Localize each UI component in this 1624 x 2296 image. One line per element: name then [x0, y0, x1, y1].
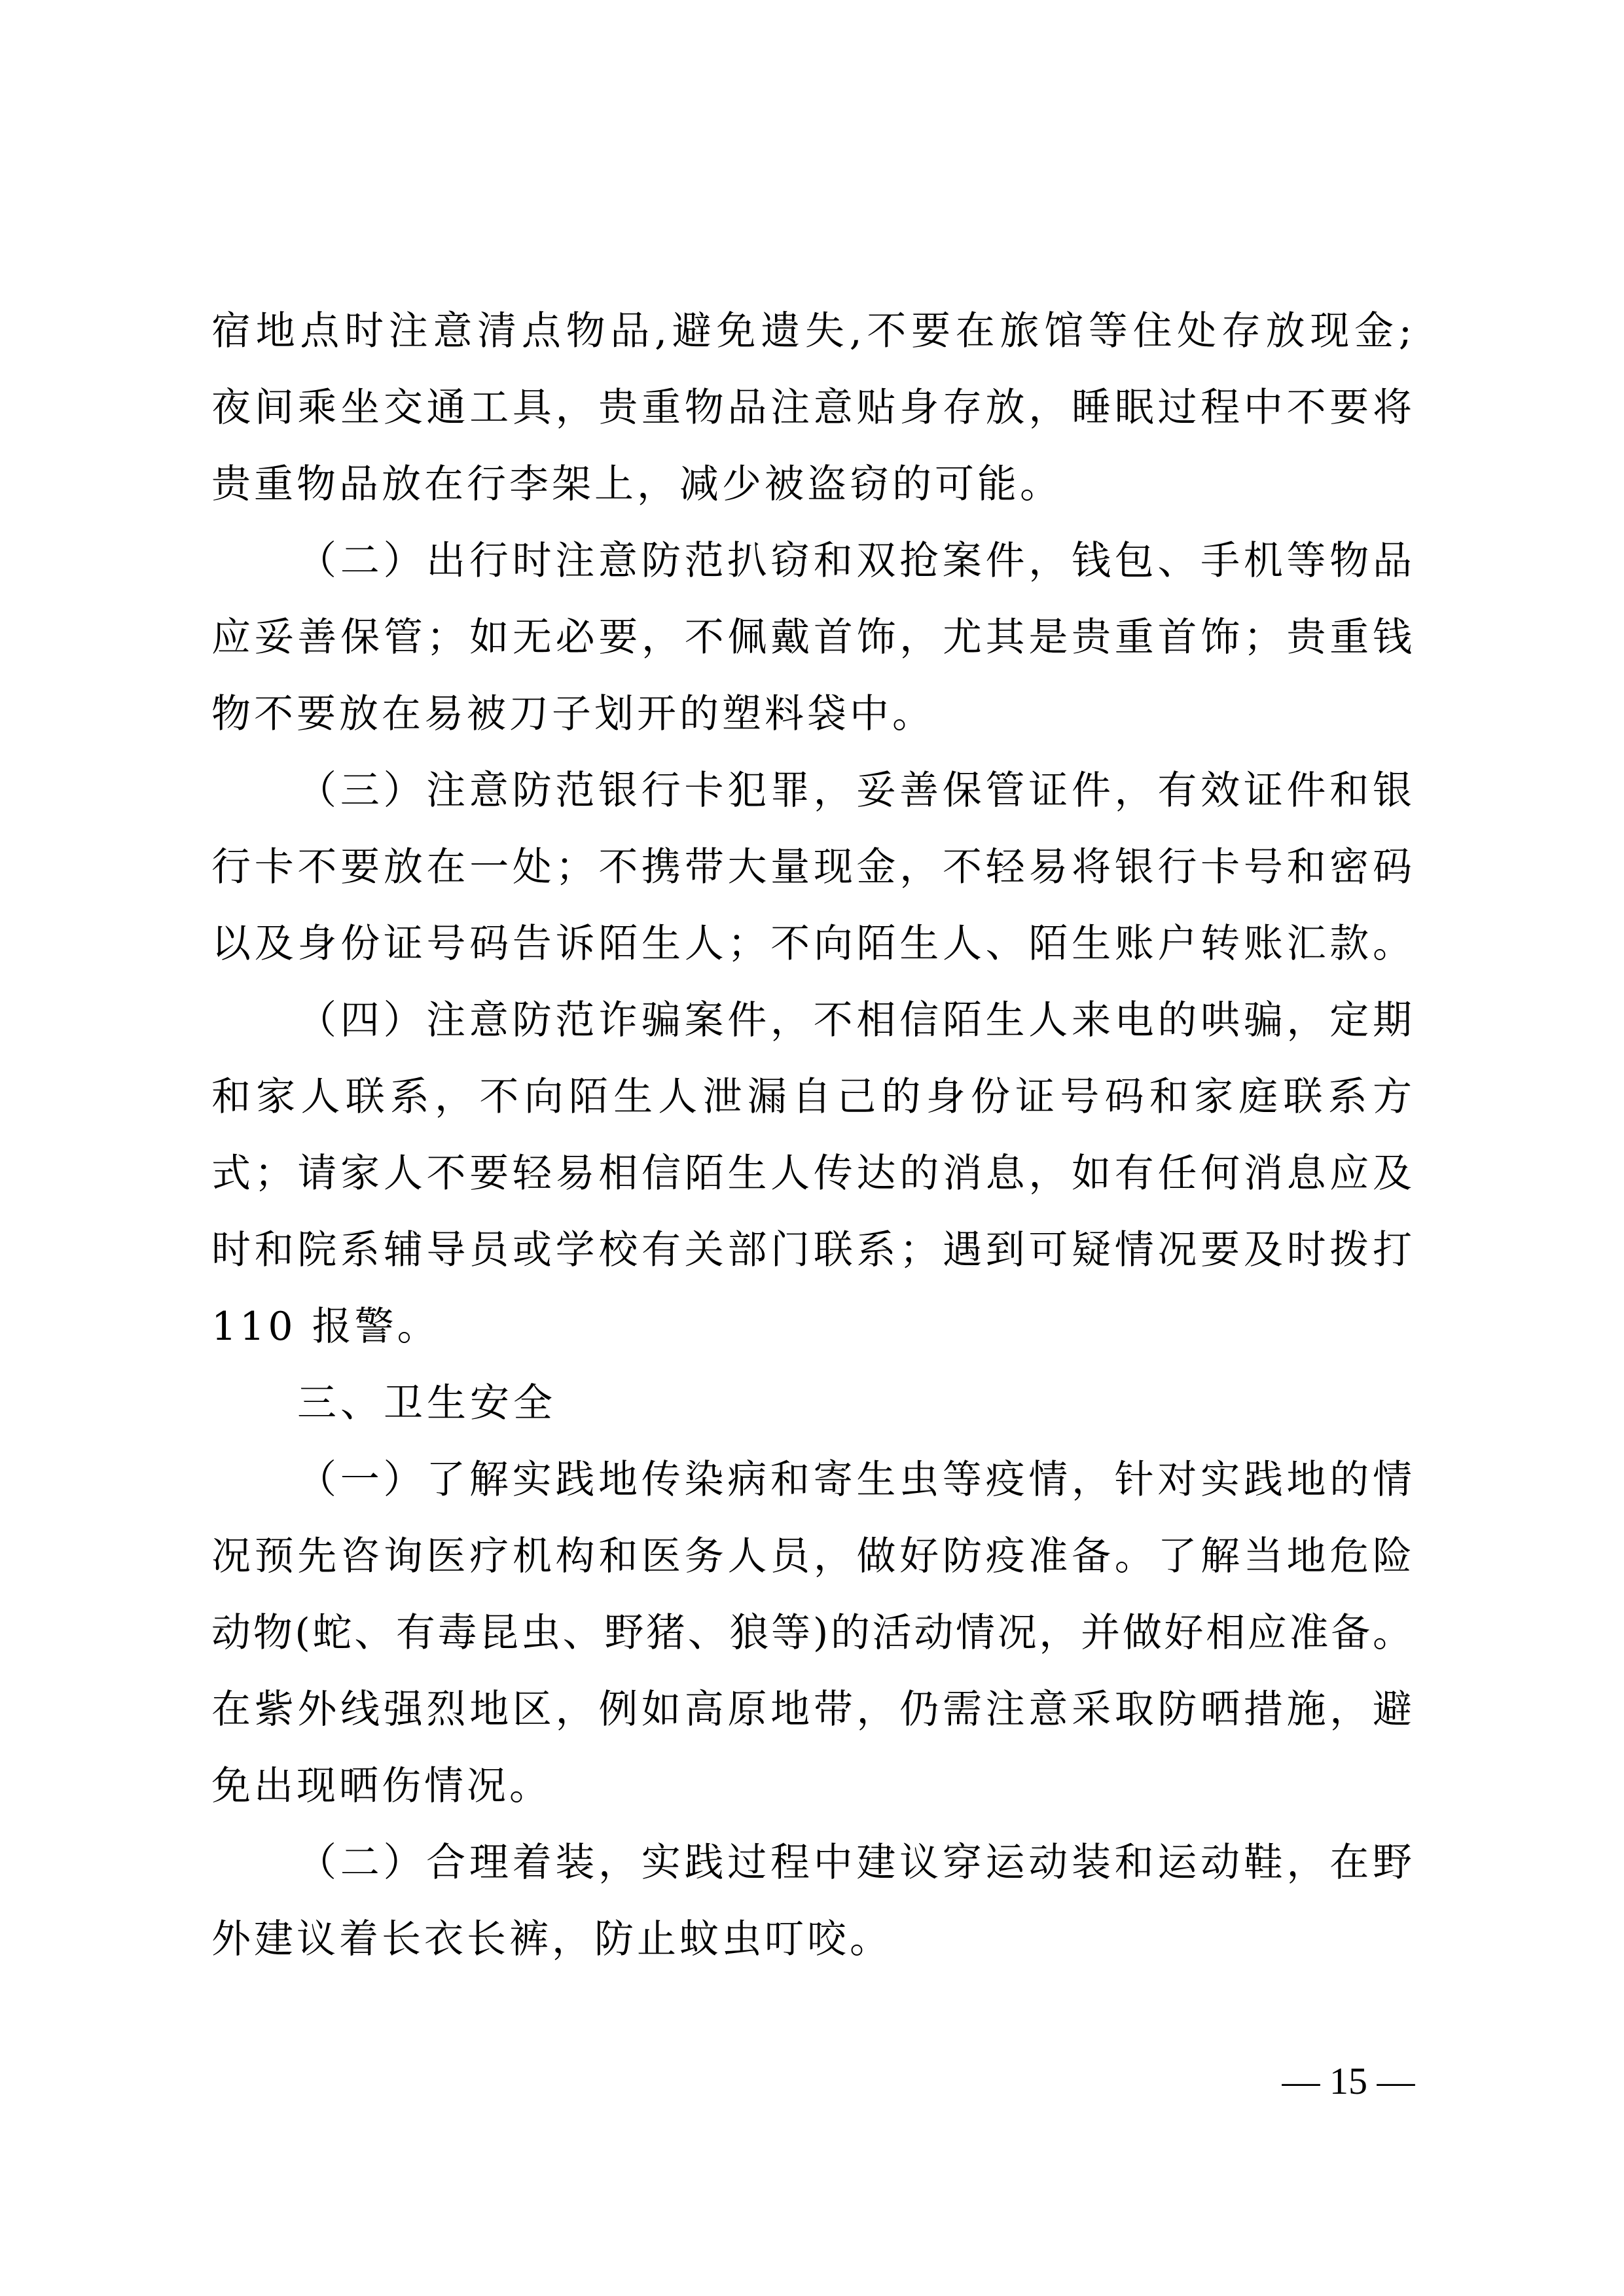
- section3-item-1-first-line: （一）了解实践地传染病和寄生虫等疫情，针对实践地的情: [211, 1454, 1412, 1506]
- body-line-18: 动物(蛇、有毒昆虫、野猪、狼等)的活动情况，并做好相应准备。: [211, 1607, 1412, 1659]
- body-line-2: 夜间乘坐交通工具，贵重物品注意贴身存放，睡眠过程中不要将: [211, 382, 1412, 434]
- body-line-6: 物不要放在易被刀子划开的塑料袋中。: [211, 688, 1412, 740]
- body-line-5: 应妥善保管；如无必要，不佩戴首饰，尤其是贵重首饰；贵重钱: [211, 611, 1412, 664]
- item-2-first-line: （二）出行时注意防范扒窃和双抢案件，钱包、手机等物品: [211, 535, 1412, 587]
- body-line-8: 行卡不要放在一处；不携带大量现金，不轻易将银行卡号和密码: [211, 841, 1412, 893]
- page-number: — 15 —: [1270, 2062, 1427, 2101]
- body-line-3: 贵重物品放在行李架上，减少被盗窃的可能。: [211, 458, 1412, 511]
- body-line-9: 以及身份证号码告诉陌生人；不向陌生人、陌生账户转账汇款。: [211, 918, 1412, 970]
- item-3-first-line: （三）注意防范银行卡犯罪，妥善保管证件，有效证件和银: [211, 764, 1412, 817]
- document-page: 宿地点时注意清点物品,避免遗失,不要在旅馆等住处存放现金; 夜间乘坐交通工具，贵…: [0, 0, 1624, 2296]
- body-line-12: 式；请家人不要轻易相信陌生人传达的消息，如有任何消息应及: [211, 1147, 1412, 1200]
- body-line-1: 宿地点时注意清点物品,避免遗失,不要在旅馆等住处存放现金;: [211, 305, 1412, 357]
- body-line-11: 和家人联系，不向陌生人泄漏自己的身份证号码和家庭联系方: [211, 1071, 1412, 1123]
- item-4-first-line: （四）注意防范诈骗案件，不相信陌生人来电的哄骗，定期: [211, 994, 1412, 1047]
- body-line-14: 110 报警。: [211, 1300, 1412, 1353]
- body-line-13: 时和院系辅导员或学校有关部门联系；遇到可疑情况要及时拨打: [211, 1224, 1412, 1276]
- body-line-22: 外建议着长衣长裤，防止蚊虫叮咬。: [211, 1913, 1412, 1965]
- body-line-20: 免出现晒伤情况。: [211, 1760, 1412, 1812]
- body-line-19: 在紫外线强烈地区，例如高原地带，仍需注意采取防晒措施，避: [211, 1683, 1412, 1736]
- body-line-17: 况预先咨询医疗机构和医务人员，做好防疫准备。了解当地危险: [211, 1530, 1412, 1583]
- section-heading: 三、卫生安全: [211, 1377, 1412, 1429]
- section3-item-2-first-line: （二）合理着装，实践过程中建议穿运动装和运动鞋，在野: [211, 1837, 1412, 1889]
